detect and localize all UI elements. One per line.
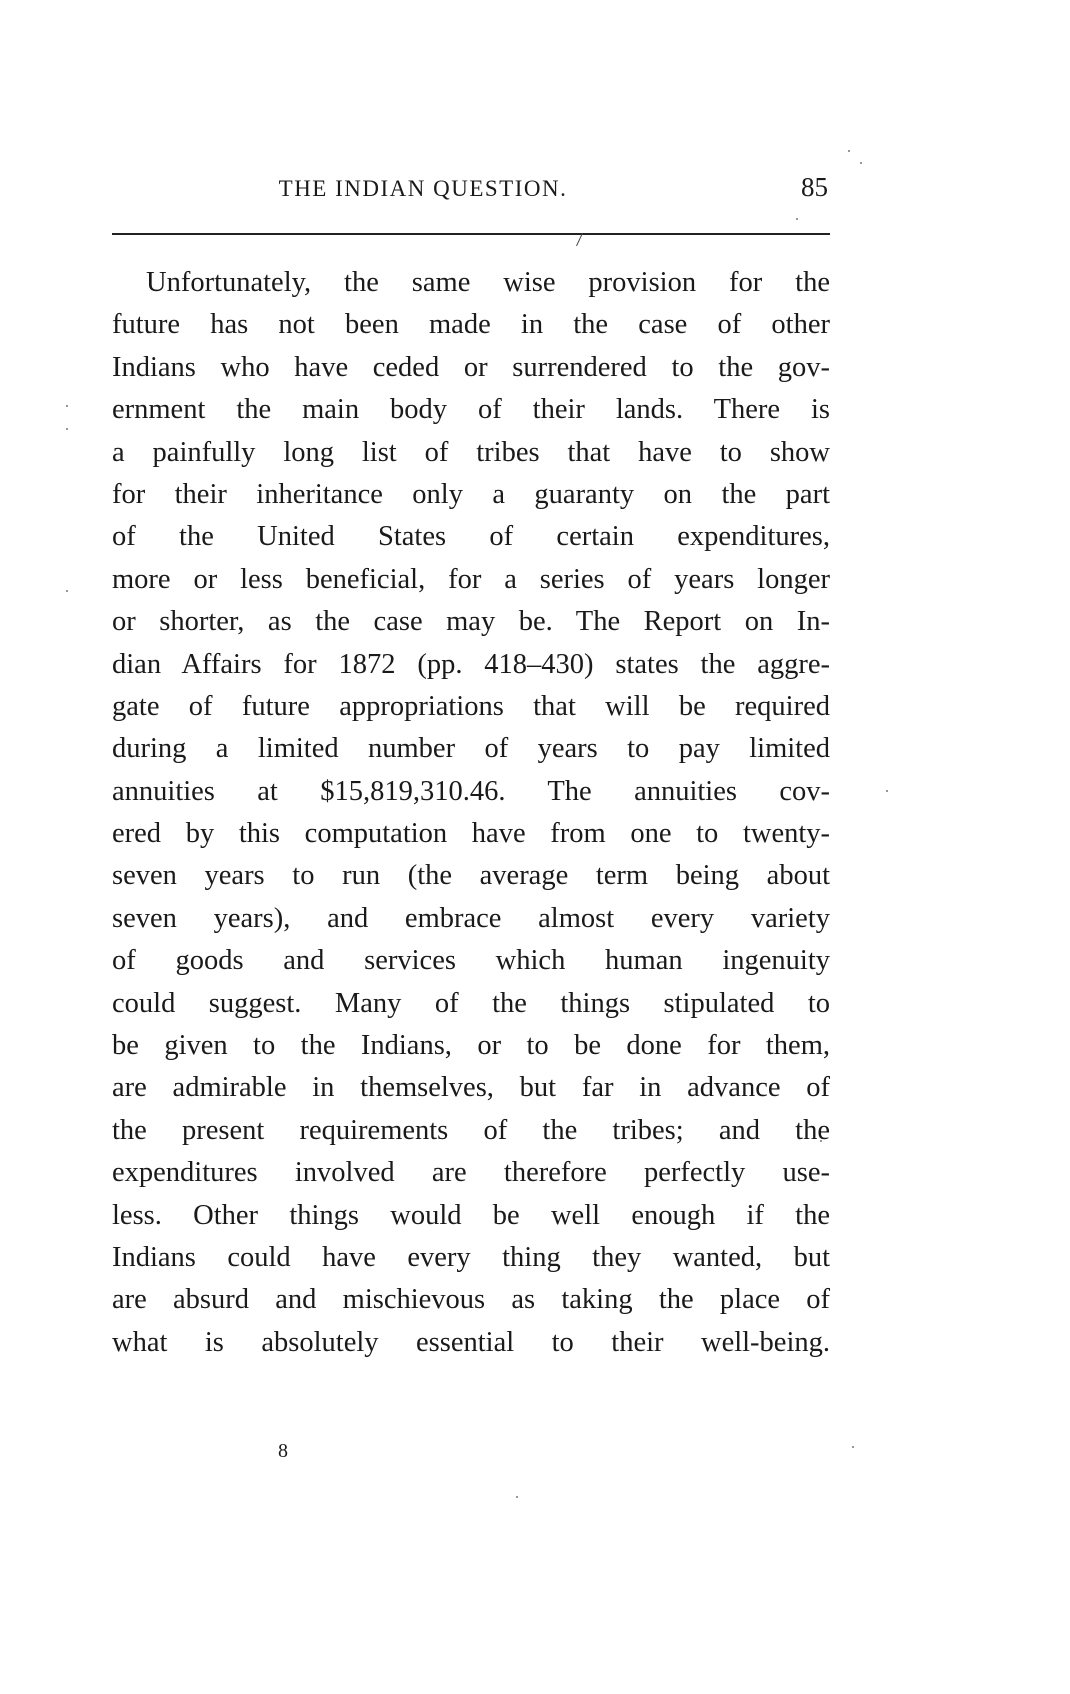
text-line: for their inheritance only a guaranty on… xyxy=(112,474,830,516)
scan-speck xyxy=(66,428,68,430)
text-line: could suggest. Many of the things stipul… xyxy=(112,983,830,1025)
scan-speck xyxy=(886,790,888,792)
text-line: during a limited number of years to pay … xyxy=(112,728,830,770)
text-line: ernment the main body of their lands. Th… xyxy=(112,389,830,431)
scan-speck xyxy=(820,1140,822,1142)
text-line: the present requirements of the tribes; … xyxy=(112,1110,830,1152)
text-line: Indians who have ceded or surrendered to… xyxy=(112,347,830,389)
scan-speck xyxy=(852,1446,854,1448)
scan-speck xyxy=(66,590,68,592)
scan-speck xyxy=(516,1496,518,1498)
text-line: expenditures involved are therefore perf… xyxy=(112,1152,830,1194)
text-line: ered by this computation have from one t… xyxy=(112,813,830,855)
text-line: annuities at $15,819,310.46. The annuiti… xyxy=(112,771,830,813)
text-line: more or less beneficial, for a series of… xyxy=(112,559,830,601)
text-line: future has not been made in the case of … xyxy=(112,304,830,346)
text-line: be given to the Indians, or to be done f… xyxy=(112,1025,830,1067)
scan-speck xyxy=(796,218,798,220)
running-head: THE INDIAN QUESTION. 85 xyxy=(114,172,832,208)
text-line: Indians could have every thing they want… xyxy=(112,1237,830,1279)
header-rule xyxy=(112,233,830,235)
scan-speck xyxy=(848,150,850,152)
page-number: 85 xyxy=(801,172,828,203)
running-title: THE INDIAN QUESTION. xyxy=(44,176,762,202)
text-line: are admirable in themselves, but far in … xyxy=(112,1067,830,1109)
text-line: of the United States of certain expendit… xyxy=(112,516,830,558)
text-line: what is absolutely essential to their we… xyxy=(112,1322,830,1364)
text-line: gate of future appropriations that will … xyxy=(112,686,830,728)
scan-speck xyxy=(860,162,862,164)
text-line: seven years to run (the average term bei… xyxy=(112,855,830,897)
text-line: seven years), and embrace almost every v… xyxy=(112,898,830,940)
text-line: less. Other things would be well enough … xyxy=(112,1195,830,1237)
text-line: dian Affairs for 1872 (pp. 418–430) stat… xyxy=(112,644,830,686)
book-page: THE INDIAN QUESTION. 85 Unfortunately, t… xyxy=(0,0,1070,1694)
text-line: are absurd and mischievous as taking the… xyxy=(112,1279,830,1321)
signature-mark: 8 xyxy=(278,1440,288,1463)
scan-speck xyxy=(66,405,68,407)
body-paragraph: Unfortunately, the same wise provision f… xyxy=(112,262,830,1364)
text-line: of goods and services which human ingenu… xyxy=(112,940,830,982)
text-line: or shorter, as the case may be. The Repo… xyxy=(112,601,830,643)
text-line: Unfortunately, the same wise provision f… xyxy=(112,262,830,304)
text-line: a painfully long list of tribes that hav… xyxy=(112,432,830,474)
